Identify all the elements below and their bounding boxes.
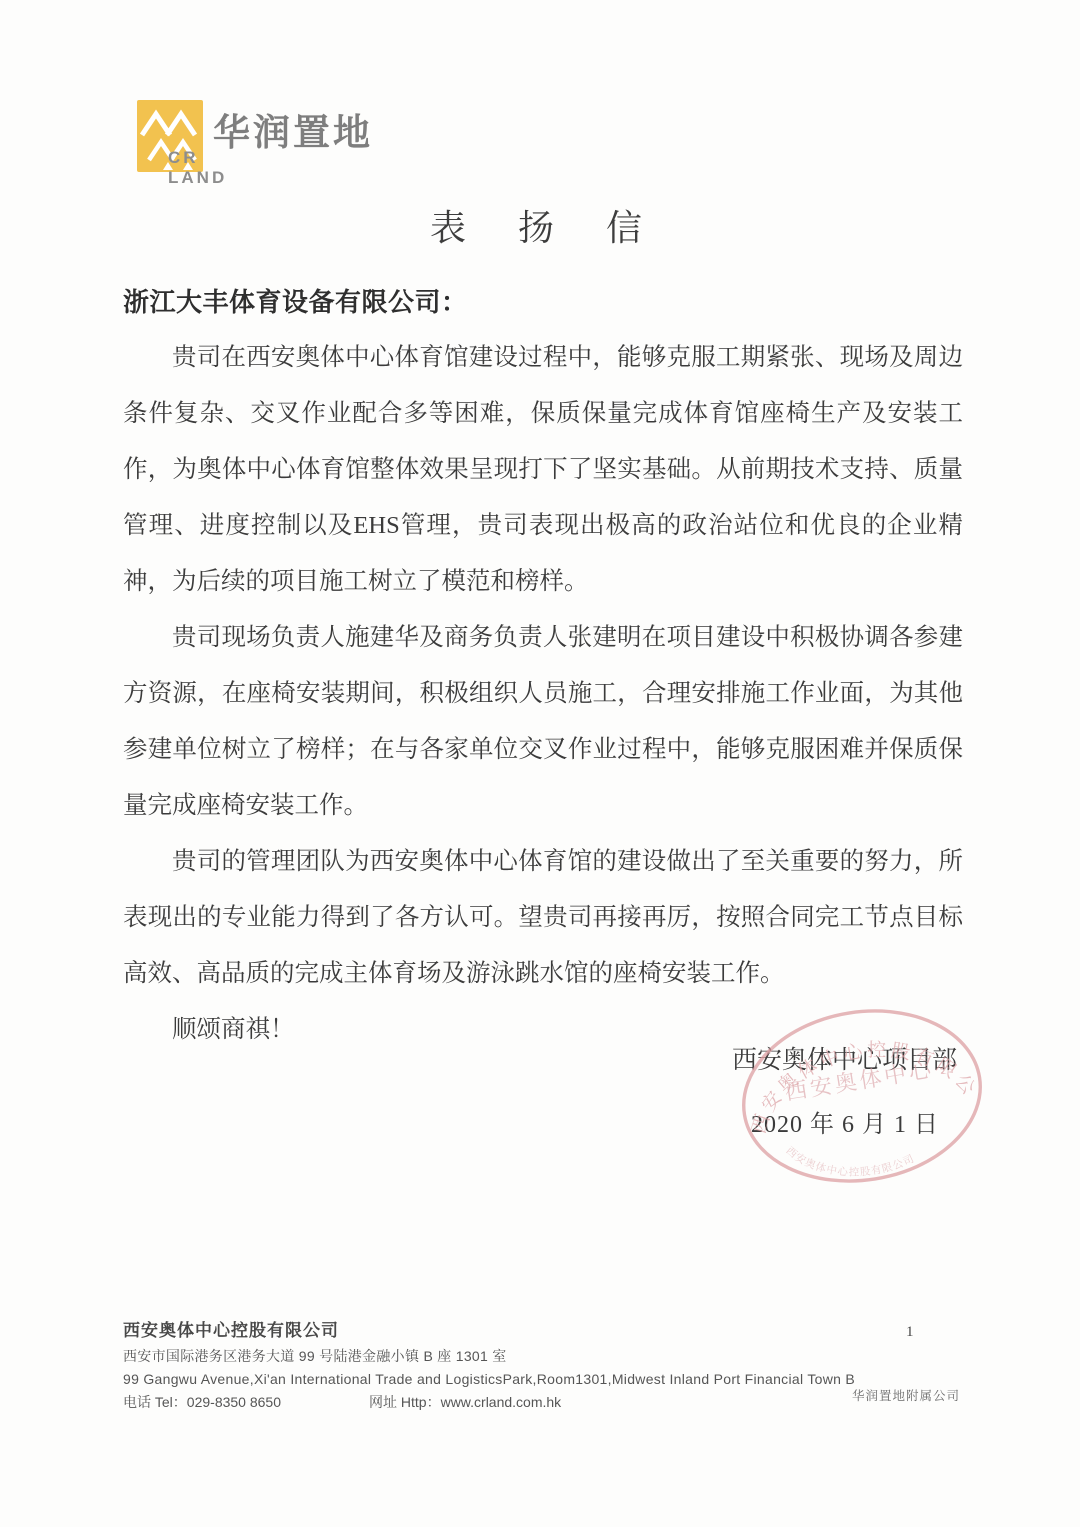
letter-body: 贵司在西安奥体中心体育馆建设过程中，能够克服工期紧张、现场及周边条件复杂、交叉作… <box>123 330 963 1058</box>
footer: 西安奥体中心控股有限公司 西安市国际港务区港务大道 99 号陆港金融小镇 B 座… <box>123 1316 963 1412</box>
page-number: 1 <box>906 1324 914 1341</box>
phone-number: 029-8350 8650 <box>187 1394 281 1410</box>
phone-label: 电话 Tel： <box>123 1394 187 1410</box>
paragraph-3: 贵司的管理团队为西安奥体中心体育馆的建设做出了至关重要的努力，所表现出的专业能力… <box>123 834 963 1002</box>
footer-address-cn: 西安市国际港务区港务大道 99 号陆港金融小镇 B 座 1301 室 <box>123 1346 963 1366</box>
website-label: 网址 Http： <box>369 1394 441 1410</box>
signature-date: 2020 年 6 月 1 日 <box>123 1104 963 1139</box>
website-url: www.crland.com.hk <box>441 1394 562 1410</box>
paragraph-1: 贵司在西安奥体中心体育馆建设过程中，能够克服工期紧张、现场及周边条件复杂、交叉作… <box>123 330 963 610</box>
signature-org: 西安奥体中心项目部 <box>123 1040 963 1076</box>
letter-page: 华润置地 CR LAND 表 扬 信 浙江大丰体育设备有限公司： 贵司在西安奥体… <box>0 0 1080 1527</box>
footer-address-en: 99 Gangwu Avenue,Xi'an International Tra… <box>123 1371 963 1387</box>
signature-block: 西安奥体中心项目部 2020 年 6 月 1 日 <box>123 1040 963 1139</box>
footer-company-name: 西安奥体中心控股有限公司 <box>123 1316 963 1341</box>
brand-name-chinese: 华润置地 <box>213 102 373 156</box>
footer-contact-line: 电话 Tel：029-8350 8650网址 Http：www.crland.c… <box>123 1392 963 1412</box>
brand-name-english: CR LAND <box>168 148 227 188</box>
paragraph-2: 贵司现场负责人施建华及商务负责人张建明在项目建设中积极协调各参建方资源，在座椅安… <box>123 610 963 834</box>
salutation: 浙江大丰体育设备有限公司： <box>123 282 468 319</box>
letter-title: 表 扬 信 <box>0 200 1080 251</box>
affiliate-note: 华润置地附属公司 <box>852 1386 960 1404</box>
